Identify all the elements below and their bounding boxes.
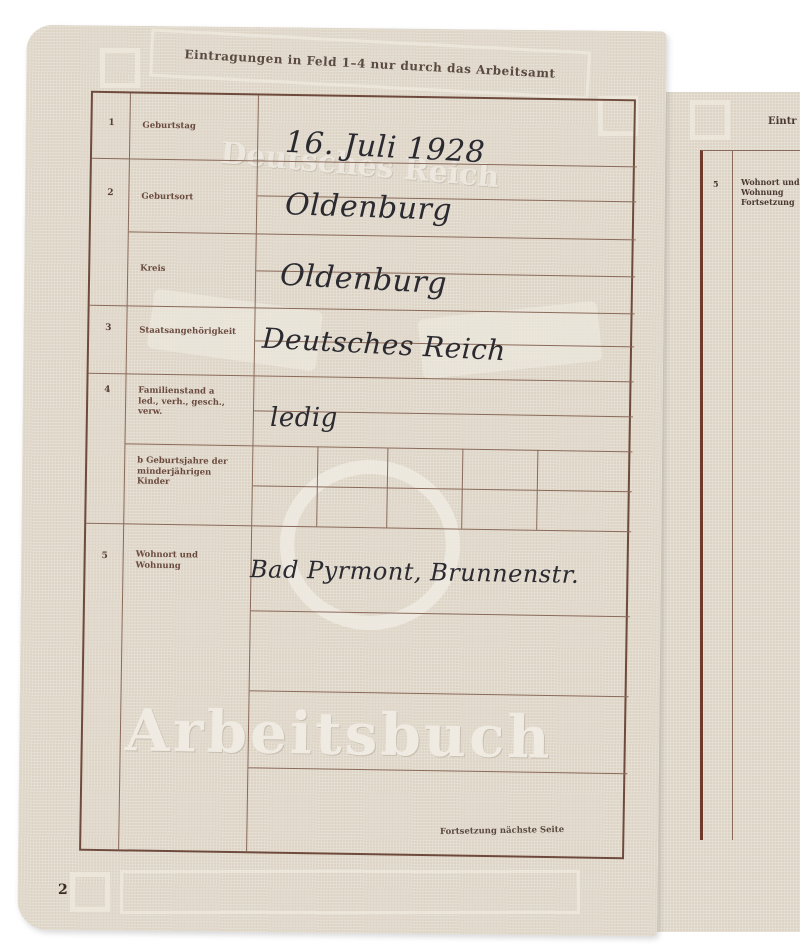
field-number: 1 [92, 118, 130, 129]
right-field-label: Wohnort und Wohnung Fortsetzung [741, 177, 800, 207]
field-number: 3 [89, 323, 127, 334]
page-number: 2 [58, 882, 68, 898]
field-label-marital-status: Familienstand a led., verh., gesch., ver… [138, 386, 233, 419]
row-divider [251, 610, 630, 617]
right-number-column [703, 151, 733, 840]
field-number: 4 [88, 385, 126, 396]
right-field-number: 5 [713, 179, 719, 189]
row-divider [253, 485, 632, 492]
entry-birthplace: Oldenburg [284, 187, 452, 228]
watermark-arbeitsbuch: Arbeitsbuch [124, 696, 553, 771]
field-label-birthdate: Geburtstag [142, 121, 252, 133]
border-ornament [70, 872, 110, 912]
row-divider [250, 690, 629, 697]
field-number: 5 [86, 551, 124, 562]
entry-marital-status: ledig [270, 403, 338, 433]
field-number: 2 [91, 188, 129, 199]
field-label-birthplace: Geburtsort [141, 192, 251, 204]
border-ornament [690, 100, 730, 140]
field-label-citizenship: Staatsangehörigkeit [139, 326, 219, 338]
right-header-fragment: Eintr [768, 116, 797, 129]
border-ornament [100, 48, 140, 88]
header-notice: Eintragungen in Feld 1–4 nur durch das A… [184, 47, 556, 80]
bottom-border-band [120, 870, 580, 914]
entry-residence: Bad Pyrmont, Brunnenstr. [250, 555, 580, 589]
right-form-table: 5 Wohnort und Wohnung Fortsetzung [700, 150, 800, 840]
field-label-children-birth-years: b Geburtsjahre der minderjährigen Kinder [137, 456, 232, 489]
field-label-district: Kreis [140, 264, 250, 276]
field-label-residence: Wohnort und Wohnung [135, 550, 225, 573]
